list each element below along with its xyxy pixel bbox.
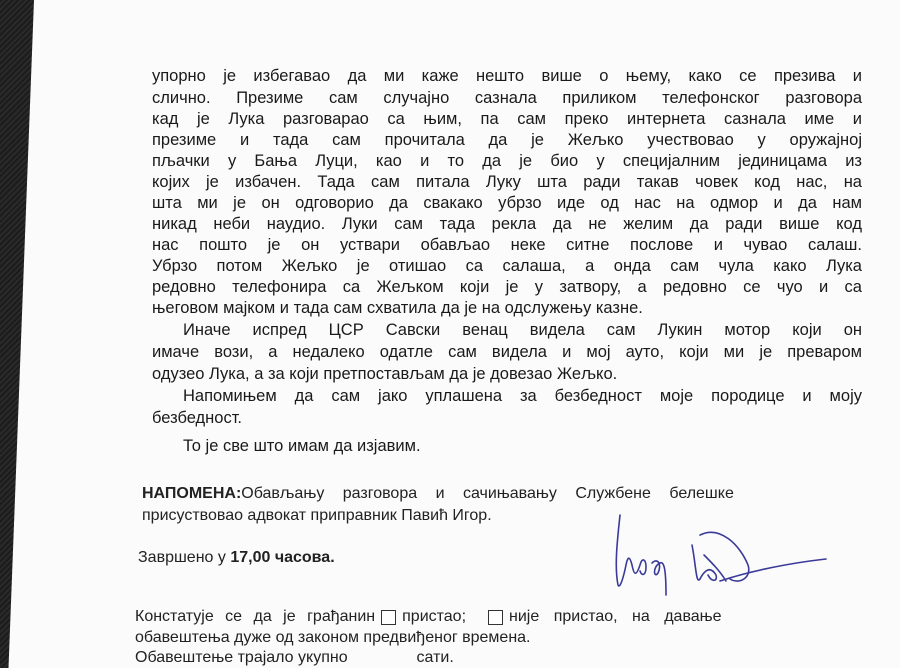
- paragraph-line: То је све што имам да изјавим.: [183, 436, 862, 456]
- document-page: упорно је избегавао да ми каже нешто виш…: [0, 0, 900, 668]
- option-agreed-label: пристао;: [402, 607, 466, 627]
- duration-unit: сати.: [417, 649, 454, 666]
- paragraph-line: нас пошто је он уствари обављао неке сит…: [152, 235, 862, 255]
- completed-time: 17,00 часова.: [230, 549, 334, 566]
- note-text-1: Обављању разговора и сачињавању Службене…: [241, 485, 734, 502]
- paragraph-line: презиме и тада сам прочитала да је Жељко…: [152, 130, 862, 150]
- paragraph-line: којих је избачен. Тада сам питала Луку ш…: [152, 172, 862, 192]
- signature-icon: [600, 505, 830, 605]
- statement-line-3: Обавештење трајало укупно сати.: [135, 648, 454, 668]
- paragraph-line: његовом мајком и тада сам схватила да је…: [152, 298, 862, 318]
- completed-line: Завршено у 17,00 часова.: [138, 548, 335, 568]
- paragraph-line: никад неби наудио. Луки сам тада рекла д…: [152, 214, 862, 234]
- paragraph-line: безбедност.: [152, 408, 862, 428]
- paragraph-line: слично. Презиме сам случајно сазнала при…: [152, 88, 862, 108]
- statement-line-1: Констатује се да је грађанин пристао; ни…: [135, 607, 862, 627]
- paragraph-line: упорно је избегавао да ми каже нешто виш…: [152, 66, 862, 86]
- checkbox-not-agreed[interactable]: [488, 610, 503, 625]
- completed-prefix: Завршено у: [138, 549, 230, 566]
- note-label: НАПОМЕНА:: [142, 485, 241, 502]
- paragraph-line: шта ми је он одговорио да свакако убрзо …: [152, 193, 862, 213]
- paragraph-line: имаче вози, а недалеко одатле сам видела…: [152, 342, 862, 362]
- checkbox-agreed[interactable]: [381, 610, 396, 625]
- duration-label: Обавештење трајало укупно: [135, 649, 348, 666]
- option-not-agreed-label: није пристао, на давање: [509, 607, 722, 627]
- paragraph-line: Напомињем да сам јако уплашена за безбед…: [183, 386, 862, 406]
- paragraph-line: Убрзо потом Жељко је отишао са салаша, а…: [152, 256, 862, 276]
- paragraph-line: Иначе испред ЦСР Савски венац видела сам…: [183, 320, 862, 340]
- statement-line-2: обавештења дуже од законом предвиђеног в…: [135, 628, 531, 648]
- note-line-2: присуствовао адвокат приправник Павић Иг…: [142, 506, 492, 526]
- note-line-1: НАПОМЕНА:Обављању разговора и сачињавању…: [142, 484, 862, 504]
- statement-text: Констатује се да је грађанин: [135, 607, 375, 627]
- paragraph-line: редовно телефонира са Жељком који је у з…: [152, 277, 862, 297]
- paragraph-line: пљачки у Бања Луци, као и то да је био у…: [152, 151, 862, 171]
- paragraph-line: одузео Лука, а за који претпостављам да …: [152, 364, 862, 384]
- paragraph-line: кад је Лука разговарао са њим, па сам пр…: [152, 109, 862, 129]
